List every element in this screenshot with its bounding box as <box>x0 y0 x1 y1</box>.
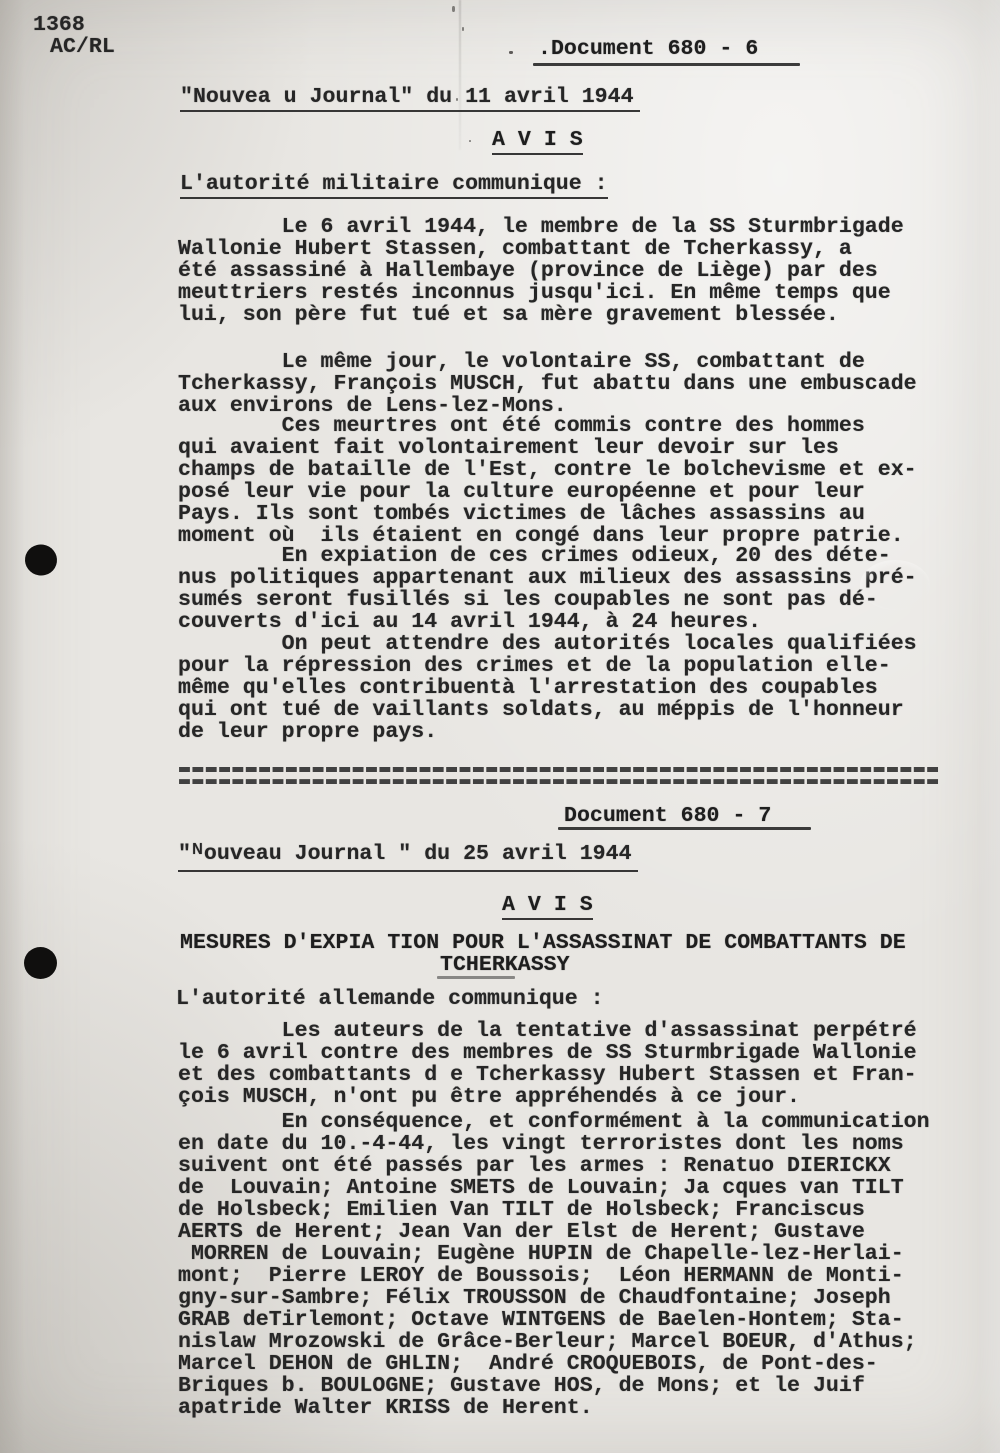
ink-speck <box>509 51 513 54</box>
doc6-paragraph-5: On peut attendre des autorités locales q… <box>178 633 917 743</box>
doc7-headline-underline <box>437 976 515 979</box>
doc7-headline-line2: TCHERKASSY <box>440 954 570 976</box>
paper-stain <box>860 560 930 610</box>
doc6-source-line: "Nouvea u Journal" du 11 avril 1944 <box>180 86 640 112</box>
doc6-title-underline <box>533 63 800 66</box>
doc6-authority-text: L'autorité militaire communique : <box>180 173 608 199</box>
doc6-authority-line: L'autorité militaire communique : <box>180 173 608 199</box>
doc7-avis-text: A V I S <box>502 894 593 920</box>
doc6-avis-heading: A V I S <box>492 129 583 155</box>
archive-code: AC/RL <box>50 36 115 58</box>
hole-punch-bottom <box>24 947 57 979</box>
doc7-title: Document 680 - 7 <box>564 805 771 827</box>
ink-speck <box>452 6 455 12</box>
doc6-title: .Document 680 - 6 <box>538 38 758 60</box>
doc7-authority-line: L'autorité allemande communique : <box>176 988 604 1010</box>
ink-speck <box>462 27 464 31</box>
ink-speck <box>456 98 458 101</box>
doc7-avis-heading: A V I S <box>502 894 593 920</box>
ink-speck <box>469 140 471 142</box>
doc6-paragraph-2: Le même jour, le volontaire SS, combatta… <box>178 351 917 417</box>
doc7-paragraph-1: Les auteurs de la tentative d'assassinat… <box>178 1020 917 1108</box>
doc7-paragraph-2: En conséquence, et conformément à la com… <box>178 1111 930 1419</box>
archive-number: 1368 <box>33 14 85 36</box>
doc6-avis-text: A V I S <box>492 129 583 155</box>
paper-crease <box>459 0 461 150</box>
doc6-paragraph-4: En expiation de ces crimes odieux, 20 de… <box>178 545 917 633</box>
doc7-headline-line1: MESURES D'EXPIA TION POUR L'ASSASSINAT D… <box>180 932 906 954</box>
scanned-document-page: 1368 AC/RL .Document 680 - 6 "Nouvea u J… <box>0 0 1000 1453</box>
doc6-source-text: "Nouvea u Journal" du 11 avril 1944 <box>180 86 640 112</box>
doc7-source-text: "ᴺouveau Journal " du 25 avril 1944 <box>178 843 638 872</box>
doc7-title-underline <box>558 827 811 830</box>
doc7-source-line: "ᴺouveau Journal " du 25 avril 1944 <box>178 843 638 872</box>
section-divider: ========================================… <box>178 757 939 803</box>
hole-punch-top <box>23 542 59 577</box>
doc6-paragraph-3: Ces meurtres ont été commis contre des h… <box>178 415 917 547</box>
doc6-paragraph-1: Le 6 avril 1944, le membre de la SS Stur… <box>178 216 904 326</box>
